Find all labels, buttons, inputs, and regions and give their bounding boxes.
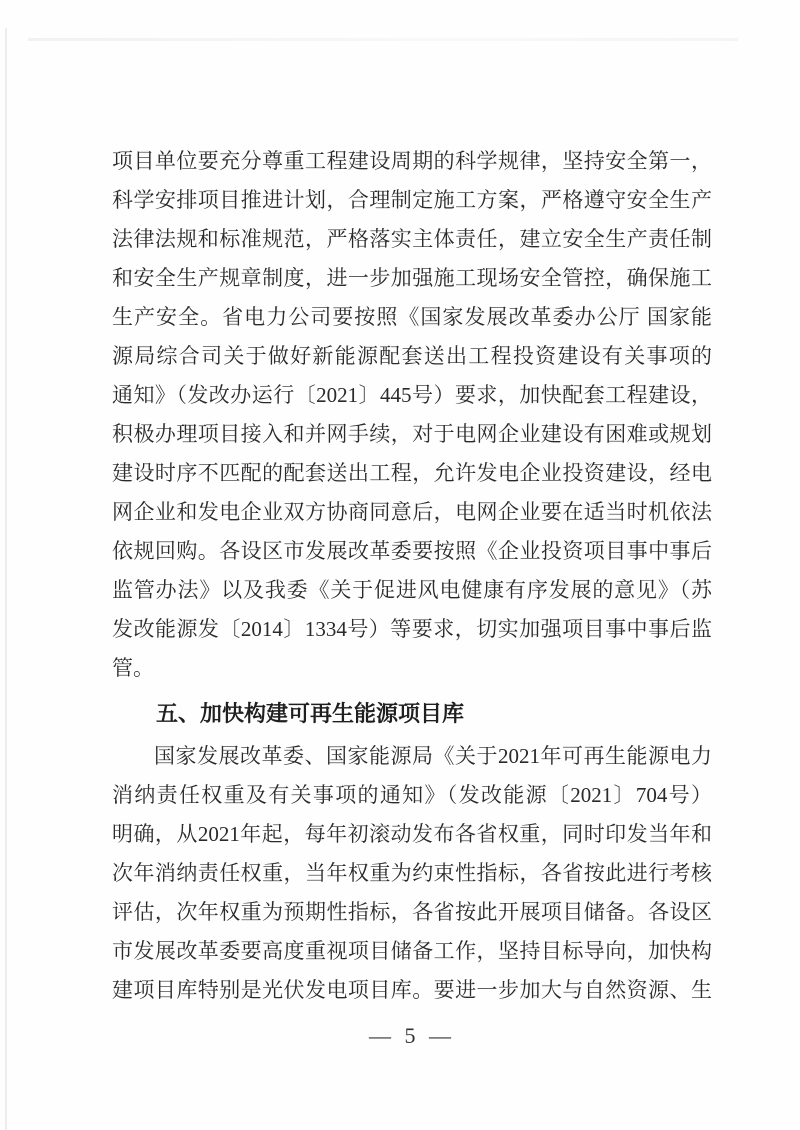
body-line: 消纳责任权重及有关事项的通知》（发改能源〔2021〕704号） bbox=[112, 776, 712, 815]
body-line: 监管办法》以及我委《关于促进风电健康有序发展的意见》（苏 bbox=[112, 571, 712, 610]
document-body: 项目单位要充分尊重工程建设周期的科学规律，坚持安全第一， 科学安排项目推进计划，… bbox=[112, 142, 712, 1010]
body-line: 明确，从2021年起，每年初滚动发布各省权重，同时印发当年和 bbox=[112, 815, 712, 854]
body-line: 市发展改革委要高度重视项目储备工作，坚持目标导向，加快构 bbox=[112, 932, 712, 971]
body-line: 和安全生产规章制度，进一步加强施工现场安全管控，确保施工 bbox=[112, 259, 712, 298]
scanned-document-page: { "document": { "colors": { "background"… bbox=[0, 0, 800, 1130]
body-line: 管。 bbox=[112, 649, 712, 688]
body-line: 法律法规和标准规范，严格落实主体责任，建立安全生产责任制 bbox=[112, 220, 712, 259]
body-line: 生产安全。省电力公司要按照《国家发展改革委办公厅 国家能 bbox=[112, 298, 712, 337]
body-line: 次年消纳责任权重，当年权重为约束性指标，各省按此进行考核 bbox=[112, 854, 712, 893]
body-line: 源局综合司关于做好新能源配套送出工程投资建设有关事项的 bbox=[112, 337, 712, 376]
body-line: 科学安排项目推进计划，合理制定施工方案，严格遵守安全生产 bbox=[112, 181, 712, 220]
body-line: 积极办理项目接入和并网手续，对于电网企业建设有困难或规划 bbox=[112, 415, 712, 454]
page-number: — 5 — bbox=[369, 1023, 455, 1048]
body-line: 发改能源发〔2014〕1334号）等要求，切实加强项目事中事后监 bbox=[112, 610, 712, 649]
body-line: 建项目库特别是光伏发电项目库。要进一步加大与自然资源、生 bbox=[112, 971, 712, 1010]
body-line: 评估，次年权重为预期性指标，各省按此开展项目储备。各设区 bbox=[112, 893, 712, 932]
body-line: 国家发展改革委、国家能源局《关于2021年可再生能源电力 bbox=[112, 737, 712, 776]
paragraph-2: 国家发展改革委、国家能源局《关于2021年可再生能源电力 消纳责任权重及有关事项… bbox=[112, 737, 712, 1010]
section-heading: 五、加快构建可再生能源项目库 bbox=[112, 694, 712, 733]
paragraph-continuation: 项目单位要充分尊重工程建设周期的科学规律，坚持安全第一， 科学安排项目推进计划，… bbox=[112, 142, 712, 688]
page-footer: — 5 — bbox=[112, 1016, 712, 1055]
body-line: 通知》（发改办运行〔2021〕445号）要求，加快配套工程建设， bbox=[112, 376, 712, 415]
body-line: 项目单位要充分尊重工程建设周期的科学规律，坚持安全第一， bbox=[112, 142, 712, 181]
scan-edge-top bbox=[28, 38, 738, 41]
body-line: 建设时序不匹配的配套送出工程，允许发电企业投资建设，经电 bbox=[112, 454, 712, 493]
body-line: 网企业和发电企业双方协商同意后，电网企业要在适当时机依法 bbox=[112, 493, 712, 532]
scan-edge-left bbox=[5, 28, 7, 1130]
body-line: 依规回购。各设区市发展改革委要按照《企业投资项目事中事后 bbox=[112, 532, 712, 571]
